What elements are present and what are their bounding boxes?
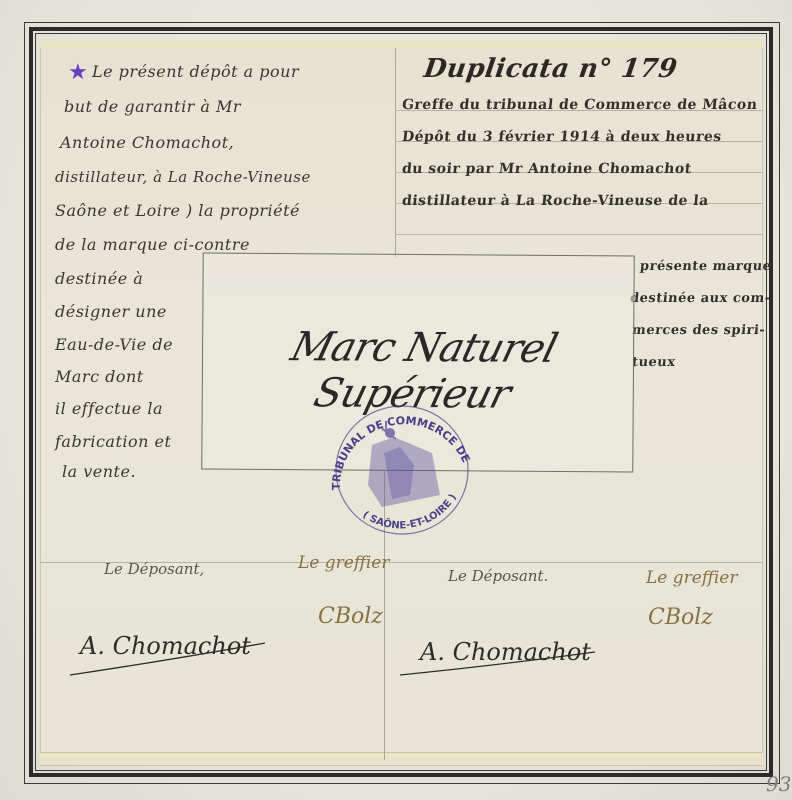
right-line-4: distillateur à La Roche-Vineuse de la (400, 186, 710, 216)
right-line-3: du soir par Mr Antoine Chomachot (400, 154, 693, 184)
left-line-2: but de garantir à Mr (64, 90, 241, 124)
sheet-bottom-edge (40, 752, 763, 765)
right-cont-line-2: destinée aux com- (628, 284, 772, 314)
left-clerk-label: Le greffier (298, 553, 390, 573)
court-stamp-icon: TRIBUNAL DE COMMERCE DE MACON ( SAÔNE-ET… (322, 395, 482, 545)
left-line-12: fabrication et (55, 425, 171, 459)
left-clerk-signature: CBolz (318, 604, 383, 629)
left-line-3: Antoine Chomachot, (60, 126, 234, 160)
column-divider (395, 48, 396, 258)
left-signature-flourish (70, 640, 270, 680)
left-line-5: Saône et Loire ) la propriété (55, 194, 300, 228)
right-clerk-signature: CBolz (648, 605, 713, 630)
left-line-1: Le présent dépôt a pour (92, 55, 299, 89)
right-clerk-label: Le greffier (646, 568, 738, 588)
right-cont-line-1: présente marque (638, 252, 773, 282)
left-line-8: désigner une (55, 295, 167, 329)
left-line-9: Eau-de-Vie de (55, 328, 173, 362)
sheet-top-edge (40, 40, 763, 48)
duplicata-title: Duplicata n° 179 (422, 54, 679, 84)
purple-star-mark-icon: ★ (68, 60, 88, 85)
left-line-7: destinée à (55, 262, 143, 296)
right-depositor-label: Le Déposant. (448, 567, 548, 585)
right-cont-line-3: merces des spiri- (630, 316, 766, 346)
left-line-4: distillateur, à La Roche-Vineuse (55, 160, 311, 194)
right-line-2: Dépôt du 3 février 1914 à deux heures (400, 122, 723, 152)
ruled-line (395, 234, 763, 235)
left-line-10: Marc dont (55, 360, 144, 394)
left-line-13: la vente. (62, 455, 136, 489)
page-number-mark: 93 (766, 772, 791, 796)
left-depositor-label: Le Déposant, (104, 560, 204, 578)
right-line-1: Greffe du tribunal de Commerce de Mâcon (400, 90, 759, 120)
left-line-11: il effectue la (55, 392, 163, 426)
right-signature-flourish (400, 650, 600, 680)
